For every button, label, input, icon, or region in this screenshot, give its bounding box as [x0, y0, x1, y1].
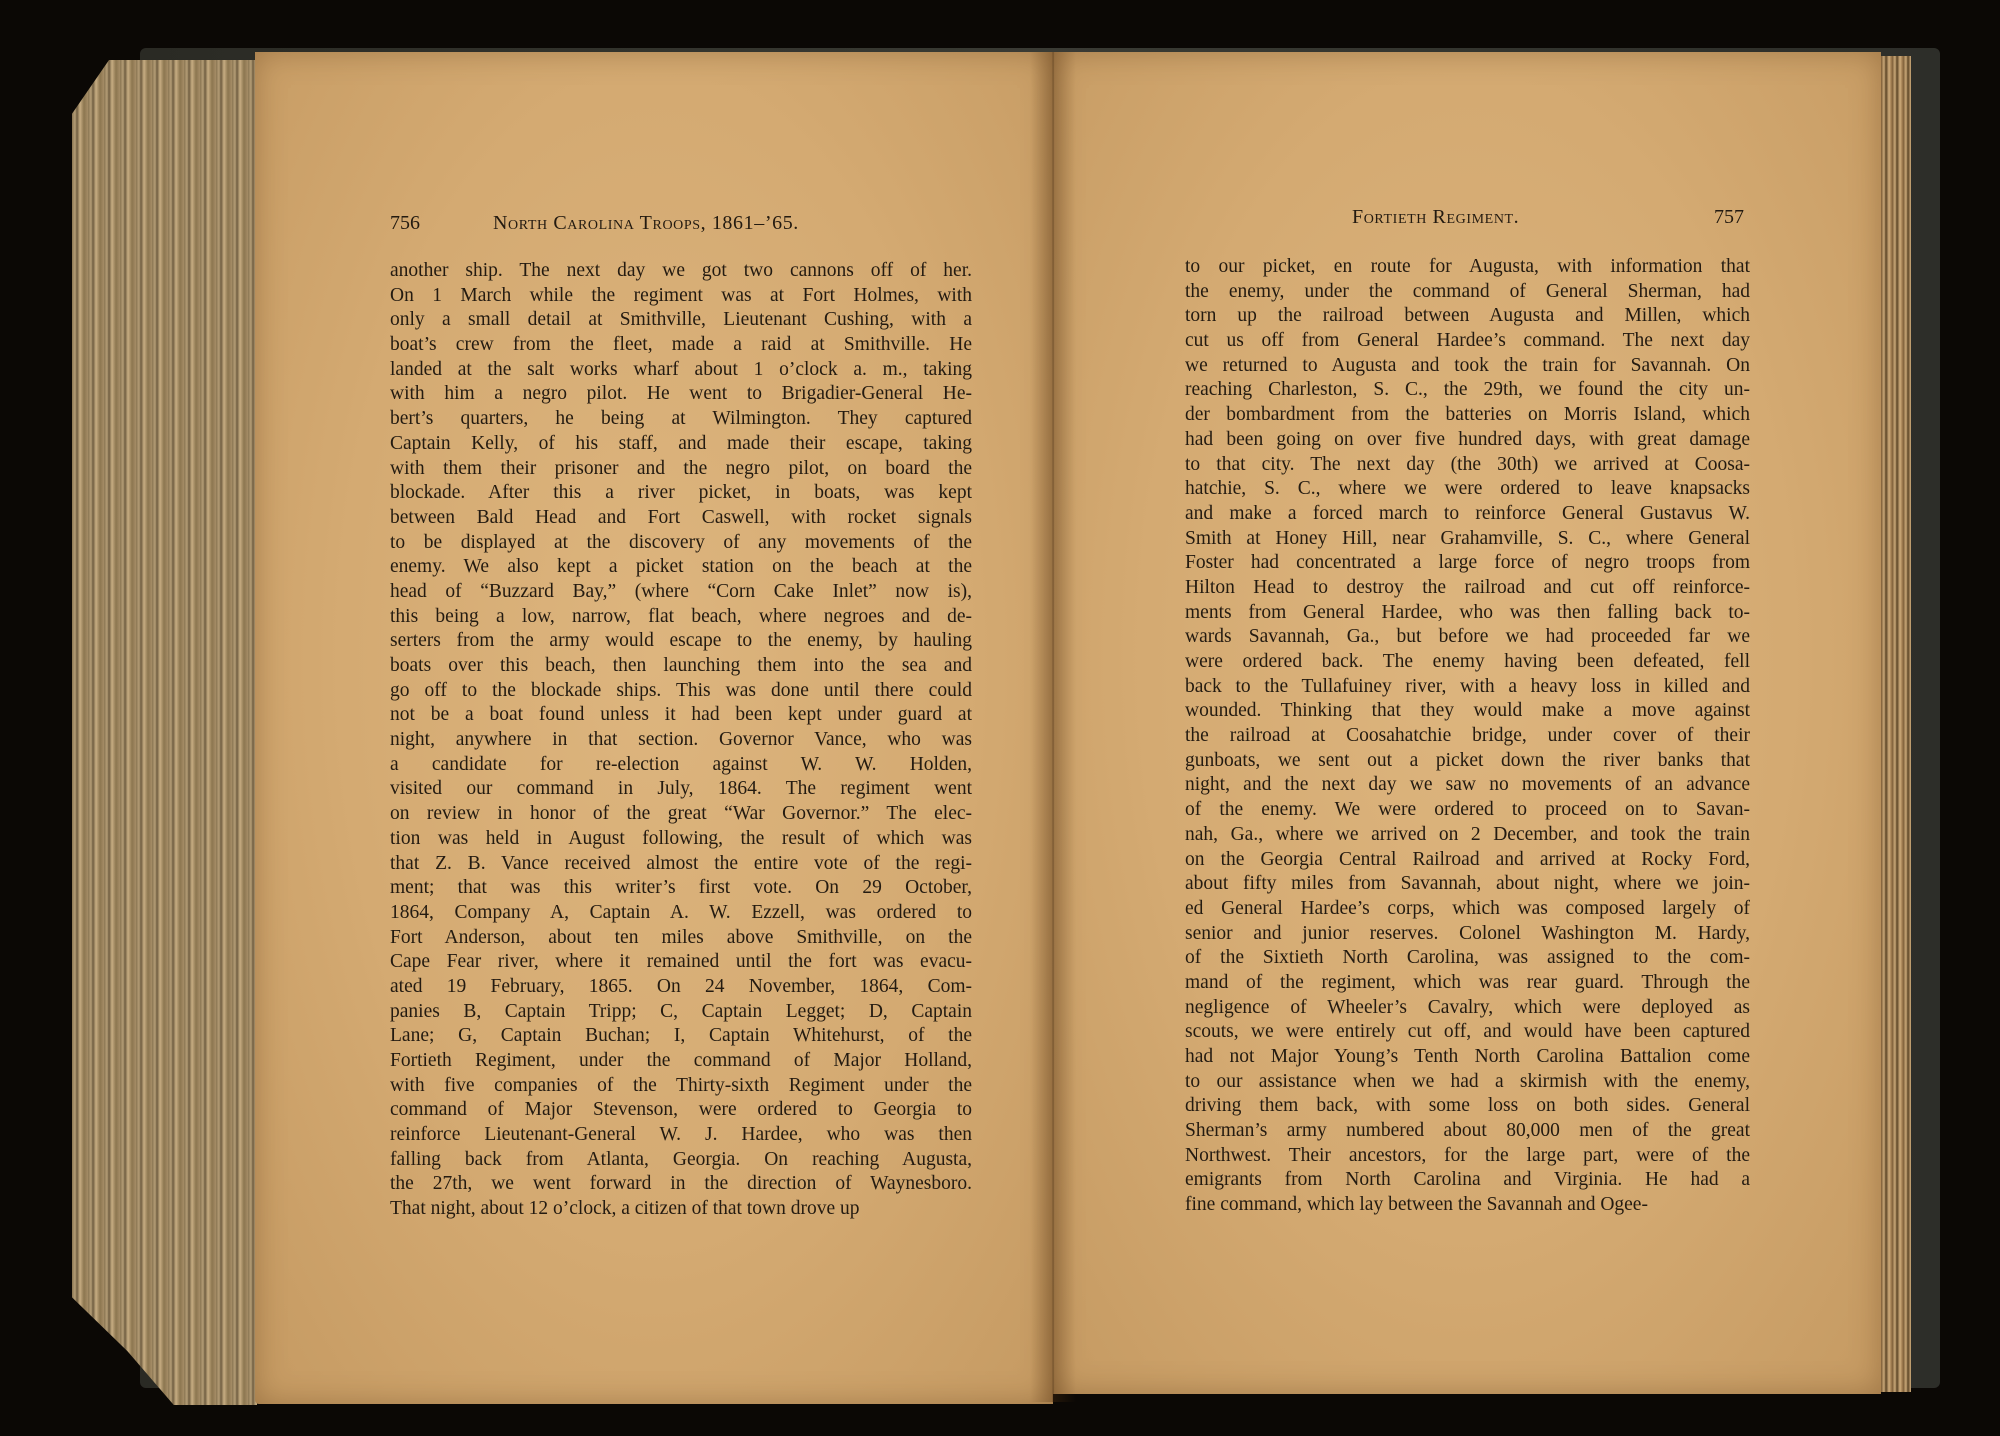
- text-line: That night, about 12 o’clock, a citizen …: [390, 1197, 972, 1222]
- text-line: landed at the salt works wharf about 1 o…: [390, 358, 972, 383]
- text-line: wounded. Thinking that they would make a…: [1185, 699, 1750, 724]
- text-line: nah, Ga., where we arrived on 2 December…: [1185, 823, 1750, 848]
- text-line: falling back from Atlanta, Georgia. On r…: [390, 1148, 972, 1173]
- text-line: ment; that was this writer’s first vote.…: [390, 876, 972, 901]
- text-line: boats over this beach, then launching th…: [390, 654, 972, 679]
- book-gutter: [1030, 52, 1076, 1402]
- text-line: cut us off from General Hardee’s command…: [1185, 329, 1750, 354]
- text-line: with him a negro pilot. He went to Briga…: [390, 382, 972, 407]
- text-line: 1864, Company A, Captain A. W. Ezzell, w…: [390, 901, 972, 926]
- text-line: torn up the railroad between Augusta and…: [1185, 304, 1750, 329]
- left-running-head: North Carolina Troops, 1861–’65.: [493, 212, 799, 235]
- text-line: had not Major Young’s Tenth North Caroli…: [1185, 1045, 1750, 1070]
- text-line: had been going on over five hundred days…: [1185, 428, 1750, 453]
- text-line: were ordered back. The enemy having been…: [1185, 650, 1750, 675]
- text-line: hatchie, S. C., where we were ordered to…: [1185, 477, 1750, 502]
- text-line: On 1 March while the regiment was at For…: [390, 284, 972, 309]
- text-line: a candidate for re-election against W. W…: [390, 753, 972, 778]
- text-line: tion was held in August following, the r…: [390, 827, 972, 852]
- text-line: visited our command in July, 1864. The r…: [390, 777, 972, 802]
- text-line: boat’s crew from the fleet, made a raid …: [390, 333, 972, 358]
- text-line: with them their prisoner and the negro p…: [390, 457, 972, 482]
- text-line: to our assistance when we had a skirmish…: [1185, 1070, 1750, 1095]
- text-line: senior and junior reserves. Colonel Wash…: [1185, 922, 1750, 947]
- text-line: the railroad at Coosahatchie bridge, und…: [1185, 724, 1750, 749]
- text-line: blockade. After this a river picket, in …: [390, 481, 972, 506]
- text-line: Northwest. Their ancestors, for the larg…: [1185, 1144, 1750, 1169]
- text-line: the 27th, we went forward in the directi…: [390, 1172, 972, 1197]
- text-line: back to the Tullafuiney river, with a he…: [1185, 675, 1750, 700]
- text-line: reinforce Lieutenant-General W. J. Harde…: [390, 1123, 972, 1148]
- text-line: Fort Anderson, about ten miles above Smi…: [390, 926, 972, 951]
- text-line: negligence of Wheeler’s Cavalry, which w…: [1185, 996, 1750, 1021]
- text-line: on review in honor of the great “War Gov…: [390, 802, 972, 827]
- text-line: and make a forced march to reinforce Gen…: [1185, 502, 1750, 527]
- text-line: not be a boat found unless it had been k…: [390, 703, 972, 728]
- text-line: to our picket, en route for Augusta, wit…: [1185, 255, 1750, 280]
- text-line: bert’s quarters, he being at Wilmington.…: [390, 407, 972, 432]
- text-line: ated 19 February, 1865. On 24 November, …: [390, 975, 972, 1000]
- text-line: to be displayed at the discovery of any …: [390, 531, 972, 556]
- text-line: reaching Charleston, S. C., the 29th, we…: [1185, 378, 1750, 403]
- left-page-edges: [72, 60, 257, 1405]
- right-page-edges: [1881, 56, 1911, 1392]
- text-line: to that city. The next day (the 30th) we…: [1185, 453, 1750, 478]
- text-line: with five companies of the Thirty-sixth …: [390, 1074, 972, 1099]
- text-line: Cape Fear river, where it remained until…: [390, 950, 972, 975]
- text-line: head of “Buzzard Bay,” (where “Corn Cake…: [390, 580, 972, 605]
- text-line: Hilton Head to destroy the railroad and …: [1185, 576, 1750, 601]
- text-line: scouts, we were entirely cut off, and wo…: [1185, 1020, 1750, 1045]
- text-line: about fifty miles from Savannah, about n…: [1185, 872, 1750, 897]
- text-line: wards Savannah, Ga., but before we had p…: [1185, 625, 1750, 650]
- text-line: night, and the next day we saw no moveme…: [1185, 773, 1750, 798]
- text-line: go off to the blockade ships. This was d…: [390, 679, 972, 704]
- text-line: of the Sixtieth North Carolina, was assi…: [1185, 946, 1750, 971]
- text-line: gunboats, we sent out a picket down the …: [1185, 749, 1750, 774]
- text-line: mand of the regiment, which was rear gua…: [1185, 971, 1750, 996]
- text-line: only a small detail at Smithville, Lieut…: [390, 308, 972, 333]
- text-line: Sherman’s army numbered about 80,000 men…: [1185, 1119, 1750, 1144]
- right-running-head: Fortieth Regiment.: [1352, 206, 1519, 229]
- text-line: Foster had concentrated a large force of…: [1185, 551, 1750, 576]
- text-line: driving them back, with some loss on bot…: [1185, 1094, 1750, 1119]
- text-line: Smith at Honey Hill, near Grahamville, S…: [1185, 527, 1750, 552]
- text-line: another ship. The next day we got two ca…: [390, 259, 972, 284]
- text-line: night, anywhere in that section. Governo…: [390, 728, 972, 753]
- text-line: panies B, Captain Tripp; C, Captain Legg…: [390, 1000, 972, 1025]
- text-line: fine command, which lay between the Sava…: [1185, 1193, 1750, 1218]
- text-line: der bombardment from the batteries on Mo…: [1185, 403, 1750, 428]
- text-line: that Z. B. Vance received almost the ent…: [390, 852, 972, 877]
- text-line: Captain Kelly, of his staff, and made th…: [390, 432, 972, 457]
- text-line: we returned to Augusta and took the trai…: [1185, 354, 1750, 379]
- right-page-body: to our picket, en route for Augusta, wit…: [1185, 255, 1750, 1218]
- left-page-number: 756: [390, 212, 420, 235]
- text-line: this being a low, narrow, flat beach, wh…: [390, 605, 972, 630]
- text-line: serters from the army would escape to th…: [390, 629, 972, 654]
- text-line: between Bald Head and Fort Caswell, with…: [390, 506, 972, 531]
- text-line: command of Major Stevenson, were ordered…: [390, 1098, 972, 1123]
- text-line: emigrants from North Carolina and Virgin…: [1185, 1168, 1750, 1193]
- text-line: of the enemy. We were ordered to proceed…: [1185, 798, 1750, 823]
- text-line: Fortieth Regiment, under the command of …: [390, 1049, 972, 1074]
- text-line: ed General Hardee’s corps, which was com…: [1185, 897, 1750, 922]
- left-page-body: another ship. The next day we got two ca…: [390, 259, 972, 1222]
- text-line: enemy. We also kept a picket station on …: [390, 555, 972, 580]
- text-line: on the Georgia Central Railroad and arri…: [1185, 848, 1750, 873]
- text-line: the enemy, under the command of General …: [1185, 280, 1750, 305]
- text-line: Lane; G, Captain Buchan; I, Captain Whit…: [390, 1024, 972, 1049]
- right-page-number: 757: [1714, 206, 1744, 229]
- text-line: ments from General Hardee, who was then …: [1185, 601, 1750, 626]
